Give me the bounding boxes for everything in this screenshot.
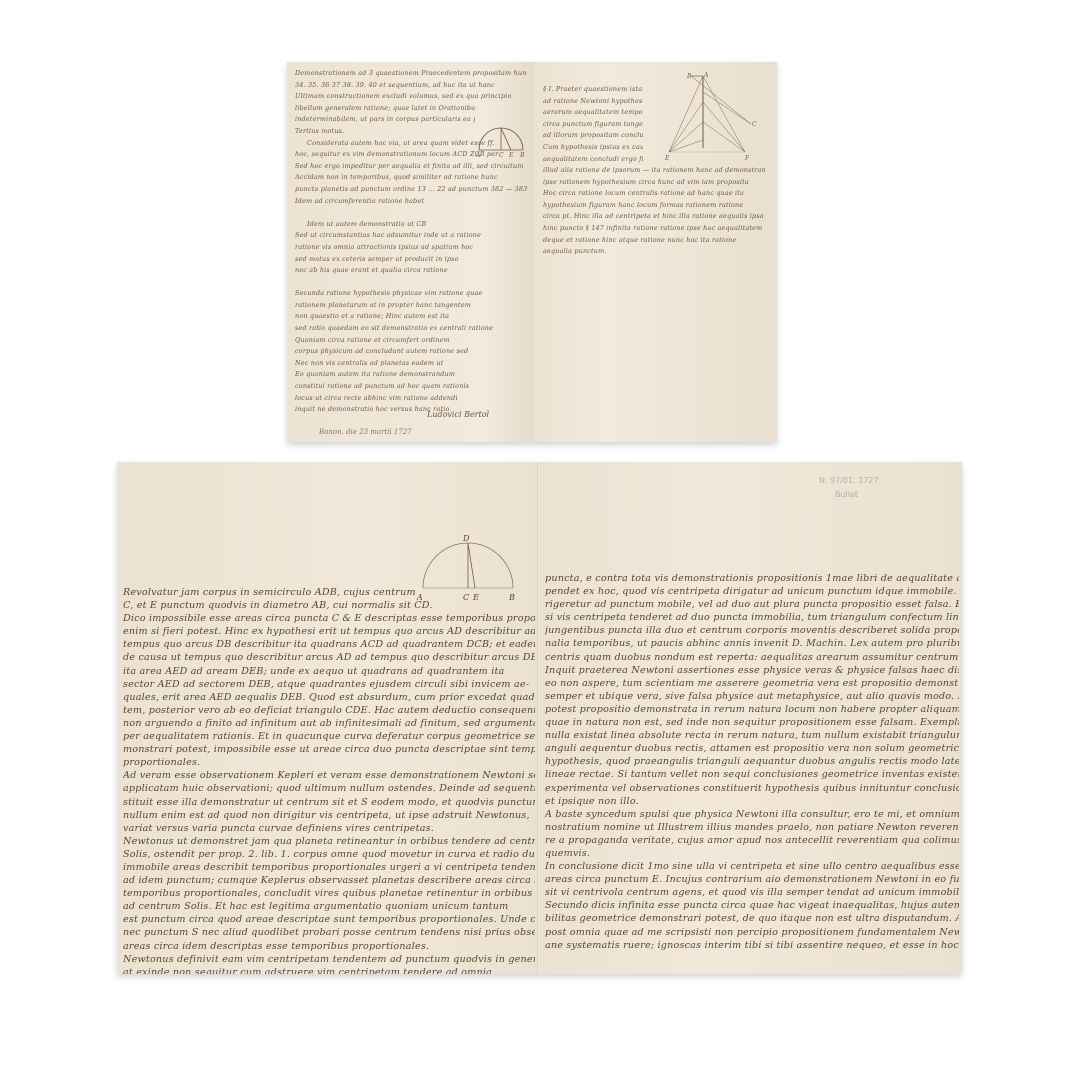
- bottom-left-text: Revolvatur jam corpus in semicirculo ADB…: [123, 586, 535, 974]
- svg-text:A: A: [475, 152, 481, 158]
- svg-text:A: A: [703, 72, 709, 79]
- bottom-left-page: D A C E B Revolvatur jam corpus in semic…: [117, 462, 537, 974]
- top-right-text-lower: illud alia ratione de ipsorum — ita rati…: [543, 165, 765, 258]
- top-left-text: Demonstrationem ad 3 quaestionem Praeced…: [295, 68, 527, 416]
- svg-text:E: E: [664, 155, 670, 162]
- pencil-note: N. 97/01, 1727: [819, 476, 879, 485]
- top-right-text-upper: § I. Praeter quaestionem istam ad ration…: [543, 84, 643, 165]
- top-right-page: § I. Praeter quaestionem istam ad ration…: [533, 62, 777, 442]
- bottom-manuscript-sheet: D A C E B Revolvatur jam corpus in semic…: [117, 462, 962, 974]
- svg-text:D: D: [462, 534, 470, 543]
- semicircle-diagram-icon: A C E B: [475, 124, 527, 158]
- svg-text:C: C: [499, 152, 504, 158]
- triangle-diagram-icon: B A C E F: [663, 72, 763, 162]
- signature: Ludovici Bertol: [427, 410, 489, 419]
- top-manuscript-sheet: Demonstrationem ad 3 quaestionem Praeced…: [287, 62, 777, 442]
- bottom-right-page: N. 97/01, 1727 Bullet puncta, e contra t…: [539, 462, 962, 974]
- pencil-note: Bullet: [835, 490, 858, 499]
- bottom-right-text: puncta, e contra tota vis demonstrationi…: [545, 572, 959, 952]
- svg-text:F: F: [744, 155, 750, 162]
- dateline: Bonon. die 23 martii 1727: [319, 428, 412, 436]
- svg-text:B: B: [519, 152, 525, 158]
- svg-text:E: E: [508, 152, 514, 158]
- top-left-page: Demonstrationem ad 3 quaestionem Praeced…: [287, 62, 533, 442]
- svg-text:B: B: [686, 73, 692, 80]
- svg-text:C: C: [752, 121, 757, 128]
